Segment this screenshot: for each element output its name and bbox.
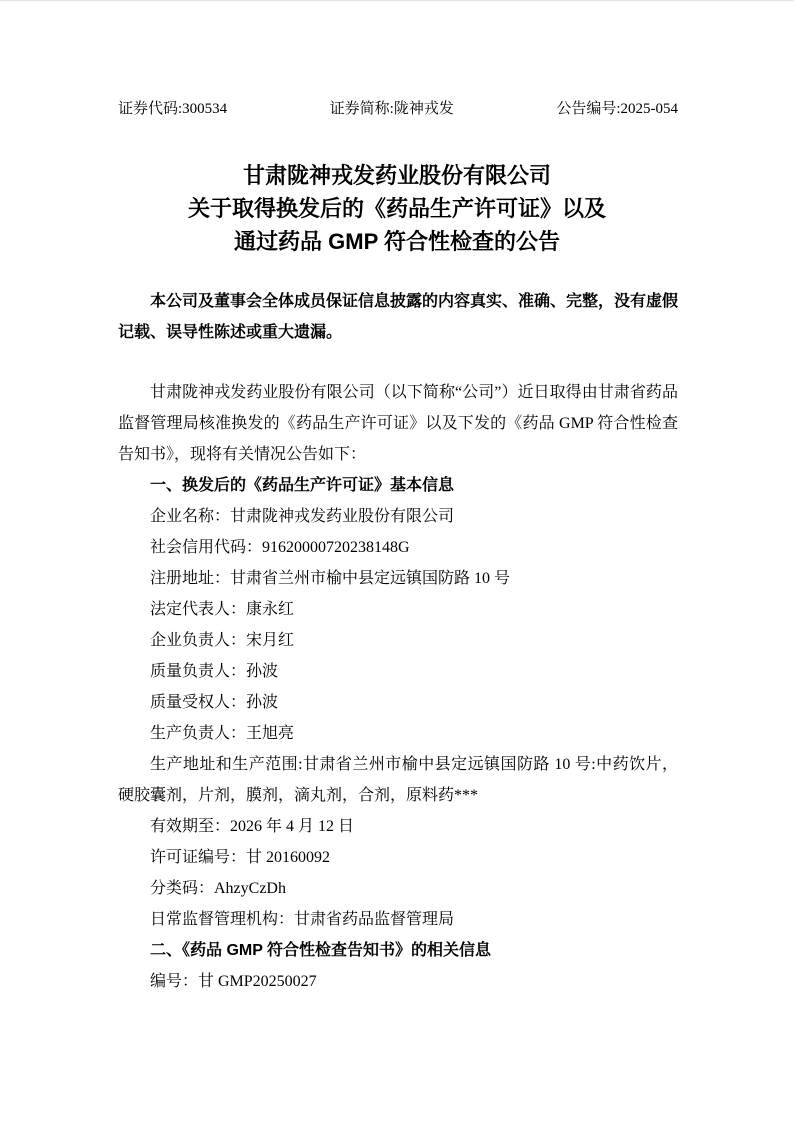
stock-short-name: 证券简称:陇神戎发: [330, 100, 454, 118]
section1-item-registered-address: 注册地址：甘肃省兰州市榆中县定远镇国防路 10 号: [118, 563, 678, 594]
document-header: 证券代码:300534 证券简称:陇神戎发 公告编号:2025-054: [118, 100, 678, 118]
section1-item-license-number: 许可证编号：甘 20160092: [118, 842, 678, 873]
section1-item-company-head: 企业负责人：宋月红: [118, 625, 678, 656]
section1-item-quality-head: 质量负责人：孙波: [118, 656, 678, 687]
document-page: 证券代码:300534 证券简称:陇神戎发 公告编号:2025-054 甘肃陇神…: [0, 0, 794, 1123]
section2-item-notice-number: 编号：甘 GMP20250027: [118, 966, 678, 997]
intro-paragraph: 甘肃陇神戎发药业股份有限公司（以下简称“公司”）近日取得由甘肃省药品监督管理局核…: [118, 377, 678, 470]
section1-item-production-address-scope: 生产地址和生产范围:甘肃省兰州市榆中县定远镇国防路 10 号:中药饮片，硬胶囊剂…: [118, 749, 678, 811]
title-line-2: 关于取得换发后的《药品生产许可证》以及: [0, 192, 794, 225]
section1-item-quality-authorized-person: 质量受权人：孙波: [118, 687, 678, 718]
section1-heading: 一、换发后的《药品生产许可证》基本信息: [118, 470, 678, 501]
section2-heading: 二、《药品 GMP 符合性检查告知书》的相关信息: [118, 935, 678, 966]
board-disclaimer: 本公司及董事会全体成员保证信息披露的内容真实、准确、完整，没有虚假记载、误导性陈…: [118, 286, 678, 348]
title-line-1: 甘肃陇神戎发药业股份有限公司: [0, 159, 794, 192]
section1-item-classification-code: 分类码：AhzyCzDh: [118, 873, 678, 904]
announcement-number: 公告编号:2025-054: [556, 100, 678, 118]
document-title: 甘肃陇神戎发药业股份有限公司 关于取得换发后的《药品生产许可证》以及 通过药品 …: [0, 159, 794, 258]
section1-item-credit-code: 社会信用代码：91620000720238148G: [118, 532, 678, 563]
section1-item-supervisory-authority: 日常监督管理机构：甘肃省药品监督管理局: [118, 904, 678, 935]
section1-item-validity-date: 有效期至：2026 年 4 月 12 日: [118, 811, 678, 842]
section1-item-production-head: 生产负责人：王旭亮: [118, 718, 678, 749]
document-body: 甘肃陇神戎发药业股份有限公司（以下简称“公司”）近日取得由甘肃省药品监督管理局核…: [118, 377, 678, 997]
section1-item-company-name: 企业名称：甘肃陇神戎发药业股份有限公司: [118, 501, 678, 532]
stock-code: 证券代码:300534: [118, 100, 227, 118]
title-line-3: 通过药品 GMP 符合性检查的公告: [0, 225, 794, 258]
section1-item-legal-representative: 法定代表人：康永红: [118, 594, 678, 625]
